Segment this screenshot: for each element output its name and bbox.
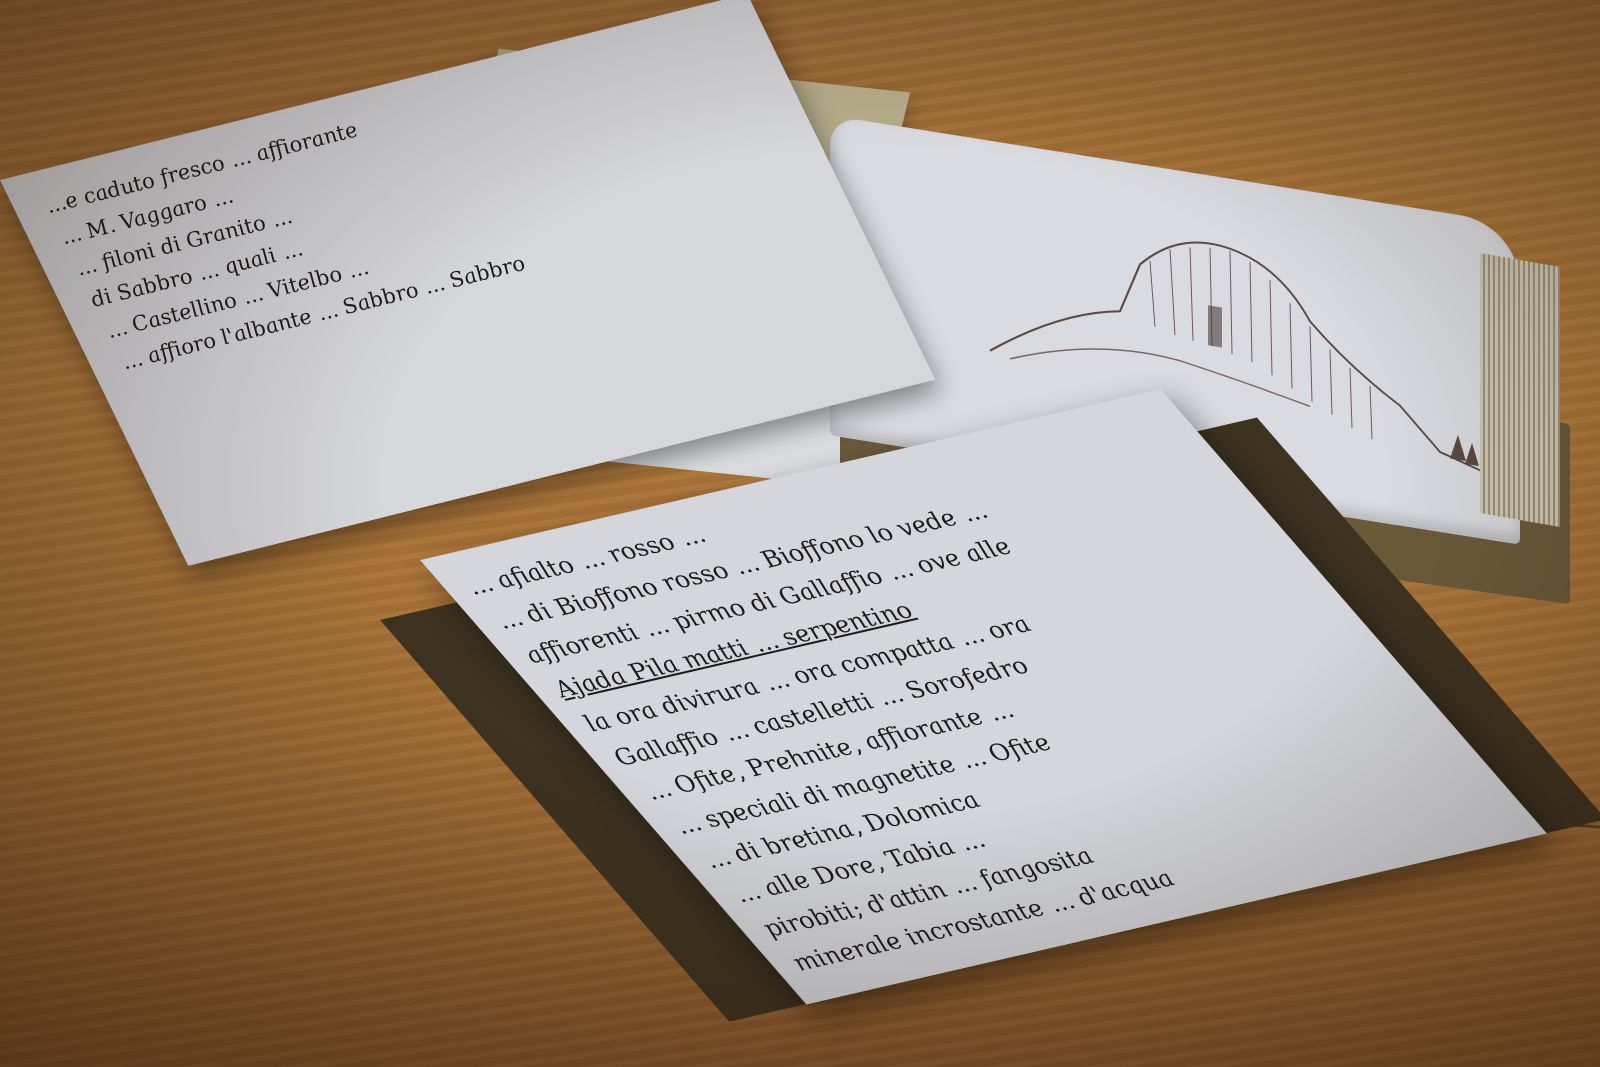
photo-vignette	[0, 0, 1600, 1067]
